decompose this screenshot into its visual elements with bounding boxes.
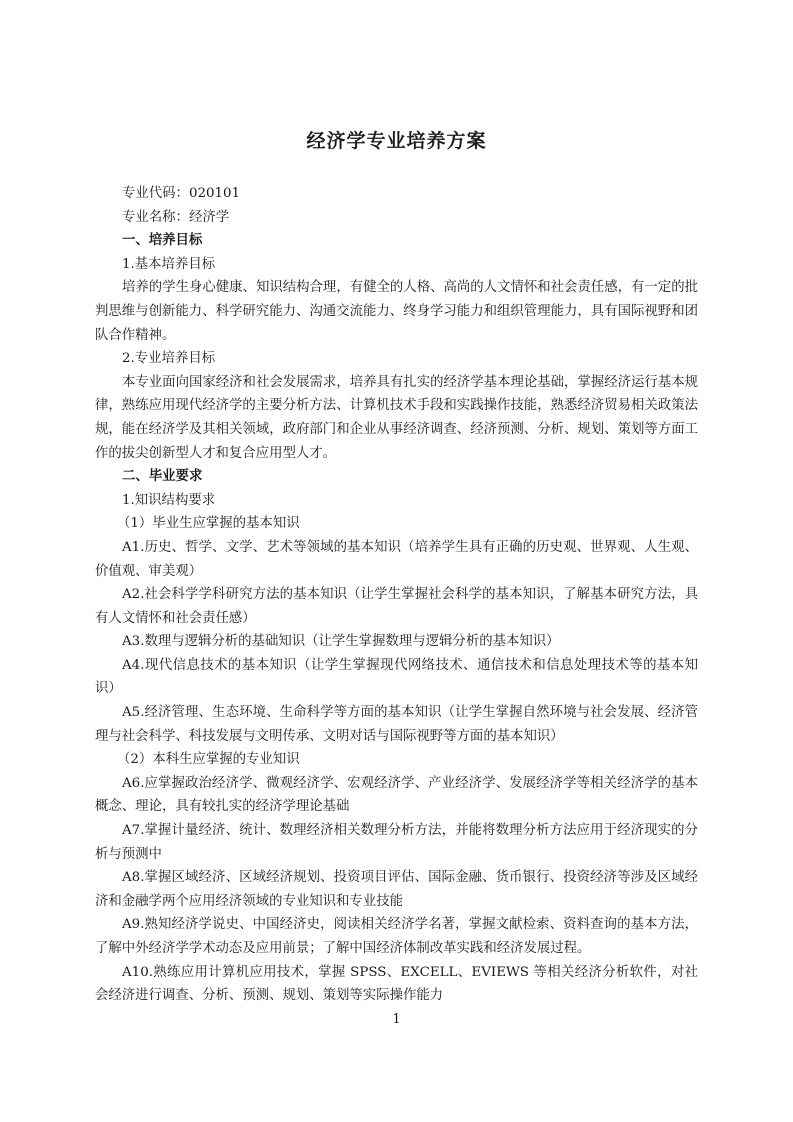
paragraph-basic-goals: 培养的学生身心健康、知识结构合理，有健全的人格、高尚的人文情怀和社会责任感，有一… (95, 276, 698, 347)
part-heading-professional-knowledge: （2）本科生应掌握的专业知识 (95, 748, 698, 772)
list-item-a6: A6.应掌握政治经济学、微观经济学、宏观经济学、产业经济学、发展经济学等相关经济… (95, 772, 698, 819)
list-item-a10: A10.熟练应用计算机应用技术，掌握 SPSS、EXCELL、EVIEWS 等相… (95, 961, 698, 1008)
list-item-a4: A4.现代信息技术的基本知识（让学生掌握现代网络技术、通信技术和信息处理技术等的… (95, 654, 698, 701)
document-body: 专业代码：020101 专业名称：经济学 一、培养目标 1.基本培养目标 培养的… (95, 182, 698, 1008)
list-item-a2: A2.社会科学学科研究方法的基本知识（让学生掌握社会科学的基本知识，了解基本研究… (95, 583, 698, 630)
list-item-a5: A5.经济管理、生态环境、生命科学等方面的基本知识（让学生掌握自然环境与社会发展… (95, 701, 698, 748)
major-name: 专业名称：经济学 (95, 206, 698, 230)
subsection-heading-professional-goals: 2.专业培养目标 (95, 347, 698, 371)
subsection-heading-basic-goals: 1.基本培养目标 (95, 253, 698, 277)
section-heading-training-goals: 一、培养目标 (95, 229, 698, 253)
list-item-a9: A9.熟知经济学说史、中国经济史，阅读相关经济学名著，掌握文献检索、资料查询的基… (95, 913, 698, 960)
section-heading-graduation-requirements: 二、毕业要求 (95, 465, 698, 489)
document-title: 经济学专业培养方案 (0, 126, 793, 153)
subsection-heading-knowledge-structure: 1.知识结构要求 (95, 489, 698, 513)
list-item-a1: A1.历史、哲学、文学、艺术等领域的基本知识（培养学生具有正确的历史观、世界观、… (95, 536, 698, 583)
list-item-a7: A7.掌握计量经济、统计、数理经济相关数理分析方法，并能将数理分析方法应用于经济… (95, 819, 698, 866)
page-number: 1 (0, 1012, 793, 1027)
part-heading-basic-knowledge: （1）毕业生应掌握的基本知识 (95, 512, 698, 536)
paragraph-professional-goals: 本专业面向国家经济和社会发展需求，培养具有扎实的经济学基本理论基础，掌握经济运行… (95, 371, 698, 465)
major-code: 专业代码：020101 (95, 182, 698, 206)
list-item-a8: A8.掌握区域经济、区域经济规划、投资项目评估、国际金融、货币银行、投资经济等涉… (95, 866, 698, 913)
list-item-a3: A3.数理与逻辑分析的基础知识（让学生掌握数理与逻辑分析的基本知识） (95, 630, 698, 654)
